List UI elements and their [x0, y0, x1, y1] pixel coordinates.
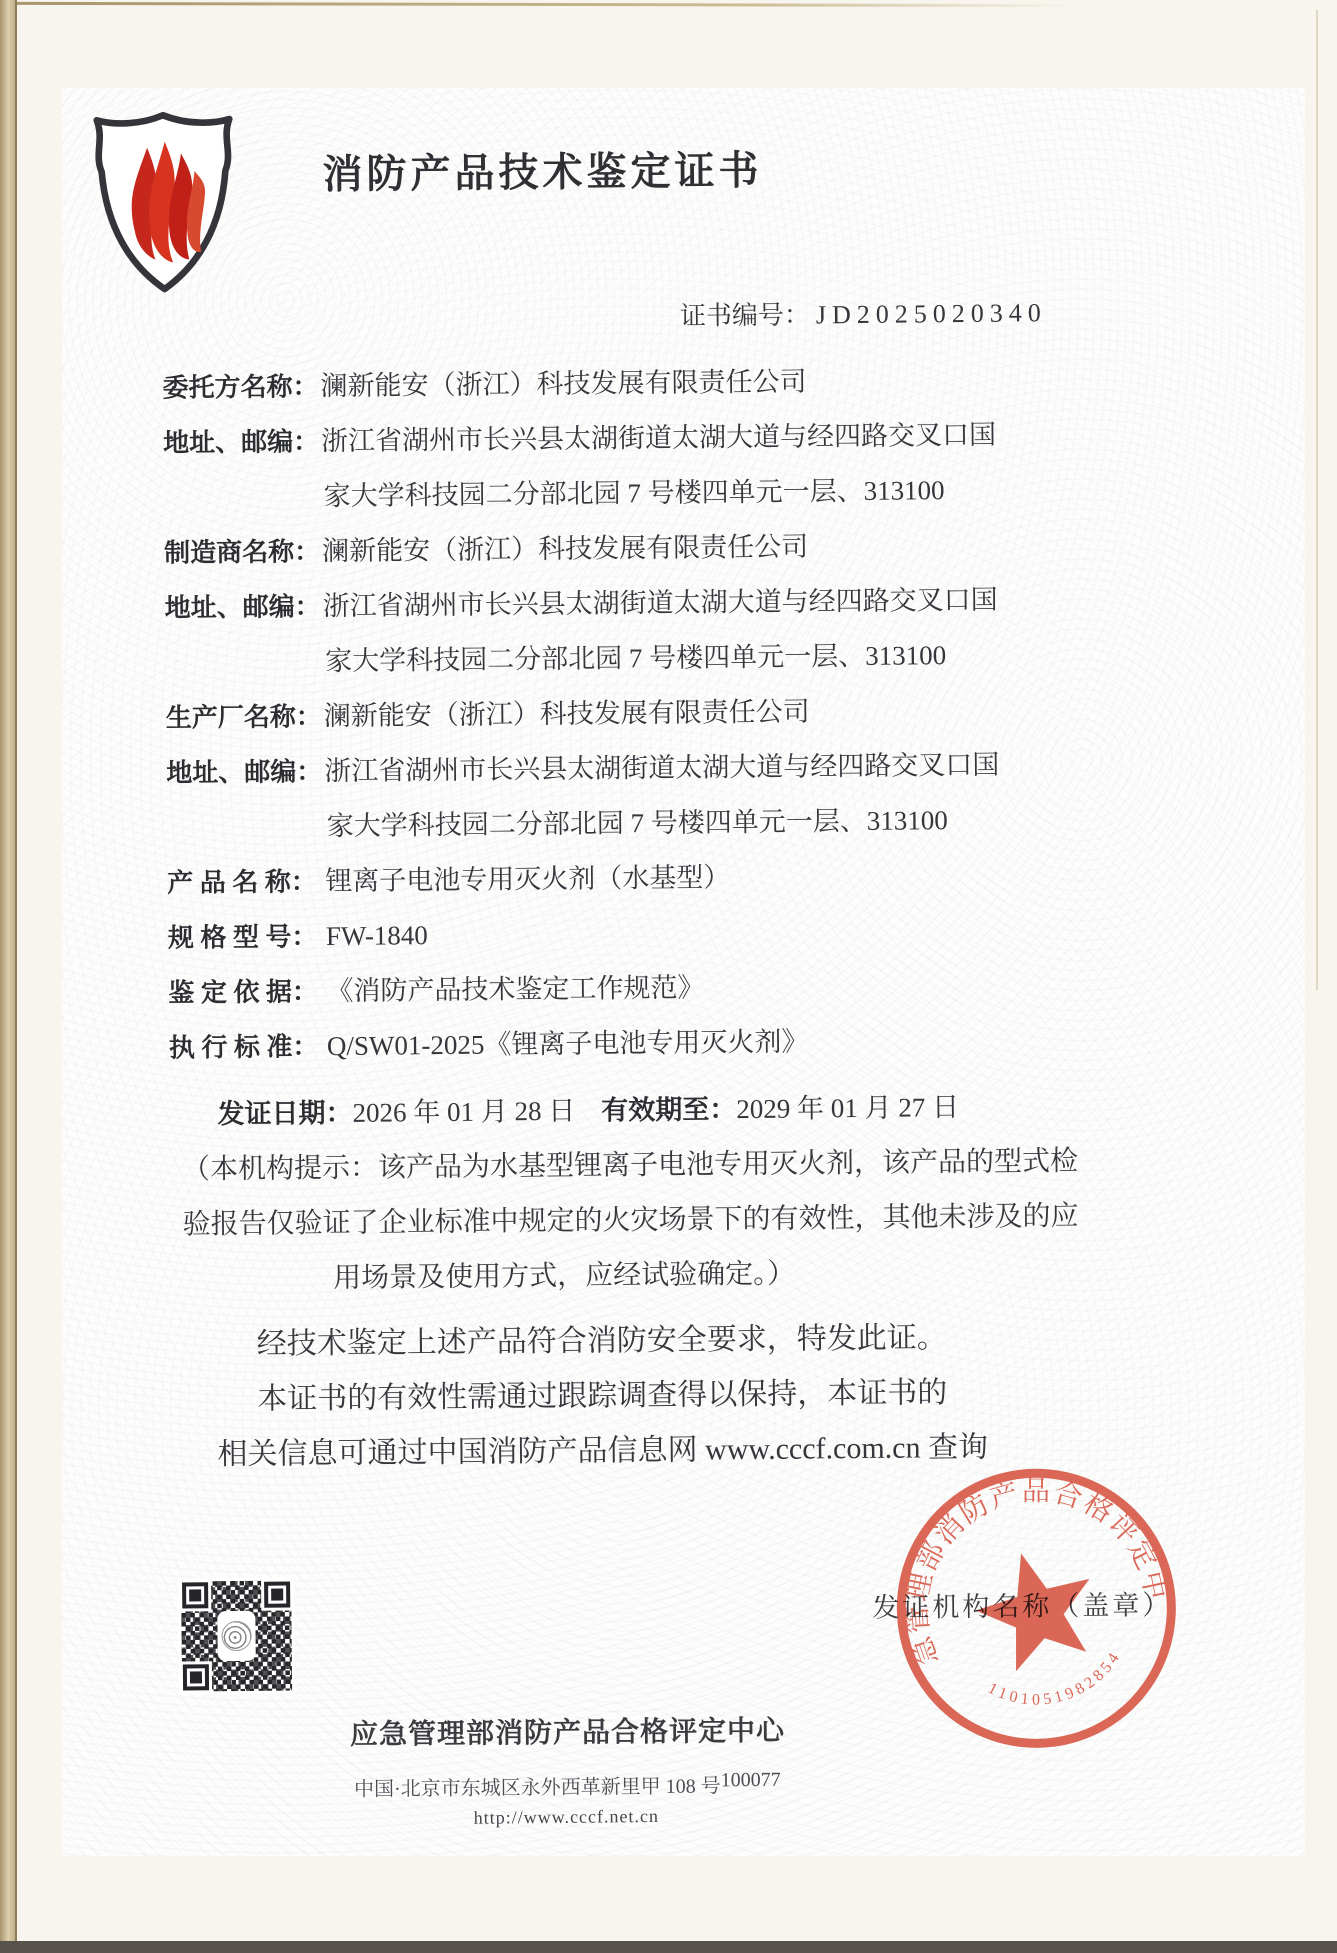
official-round-seal: 应急管理部消防产品合格评定中心 1101051982854 [885, 1457, 1188, 1760]
field-label: 地址、邮编： [166, 744, 325, 801]
dates-row: 发证日期： 2026 年 01 月 28 日 有效期至： 2029 年 01 月… [169, 1079, 1029, 1142]
scanned-certificate-page: 消防产品技术鉴定证书 证书编号：JD2025020340 委托方名称： 澜新能安… [0, 0, 1337, 1953]
field-value: Q/SW01-2025《锂离子电池专用灭火剂》 [327, 1014, 809, 1074]
qr-finder-top-left [182, 1582, 208, 1608]
notice-line: 用场景及使用方式，应经试验确定。） [171, 1244, 1031, 1307]
field-row: 生产厂名称： 澜新能安（浙江）科技发展有限责任公司 [165, 682, 1025, 745]
certificate-fields: 委托方名称： 澜新能安（浙江）科技发展有限责任公司 地址、邮编： 浙江省湖州市长… [162, 352, 1033, 1482]
scan-right-edge [1316, 10, 1318, 990]
certificate-title: 消防产品技术鉴定证书 [282, 139, 803, 201]
field-value: 家大学科技园二分部北园 7 号楼四单元一层、313100 [325, 628, 946, 689]
field-label: 地址、邮编： [163, 414, 322, 471]
notice-line: 验报告仅验证了企业标准中规定的火灾场景下的有效性，其他未涉及的应 [170, 1189, 1030, 1252]
field-label: 规 格 型 号： [168, 909, 327, 966]
scan-left-edge [0, 0, 17, 1953]
issuing-organization-name: 应急管理部消防产品合格评定中心 [247, 1708, 887, 1754]
field-label: 生产厂名称： [165, 689, 324, 746]
field-row: 地址、邮编： 浙江省湖州市长兴县太湖街道太湖大道与经四路交叉口国 [166, 737, 1026, 800]
valid-until-label: 有效期至： [601, 1082, 737, 1138]
field-value: 《消防产品技术鉴定工作规范》 [326, 960, 705, 1019]
field-label: 制造商名称： [164, 524, 323, 581]
field-row: 规 格 型 号： FW-1840 [168, 902, 1028, 965]
field-row: 产 品 名 称： 锂离子电池专用灭火剂（水基型） [167, 847, 1027, 910]
issue-date-value: 2026 年 01 月 28 日 [352, 1084, 575, 1141]
field-row: 地址、邮编： 浙江省湖州市长兴县太湖街道太湖大道与经四路交叉口国 [164, 572, 1024, 635]
field-value: 锂离子电池专用灭火剂（水基型） [325, 850, 731, 909]
field-value: 澜新能安（浙江）科技发展有限责任公司 [322, 519, 809, 579]
scan-bottom-edge [0, 1941, 1337, 1953]
qr-center-logo [217, 1611, 255, 1661]
notice-line: （本机构提示：该产品为水基型锂离子电池专用灭火剂，该产品的型式检 [170, 1134, 1030, 1197]
field-value: 浙江省湖州市长兴县太湖街道太湖大道与经四路交叉口国 [321, 408, 996, 469]
issuer-address: 中国·北京市东城区永外西革新里甲 108 号 [354, 1769, 721, 1802]
field-value: 澜新能安（浙江）科技发展有限责任公司 [323, 684, 810, 744]
field-value: FW-1840 [326, 908, 429, 964]
certificate-number: 证书编号：JD2025020340 [680, 292, 1047, 333]
certificate-content: 消防产品技术鉴定证书 证书编号：JD2025020340 委托方名称： 澜新能安… [0, 0, 1337, 1953]
seal-star-icon [964, 1538, 1108, 1678]
issuer-address-row: 中国·北京市东城区永外西革新里甲 108 号 100077 [354, 1769, 774, 1802]
field-row: 委托方名称： 澜新能安（浙江）科技发展有限责任公司 [162, 352, 1022, 415]
field-value: 澜新能安（浙江）科技发展有限责任公司 [320, 354, 807, 414]
field-value: 家大学科技园二分部北园 7 号楼四单元一层、313100 [323, 463, 944, 524]
field-label: 执 行 标 准： [169, 1019, 328, 1076]
field-value: 浙江省湖州市长兴县太湖街道太湖大道与经四路交叉口国 [324, 738, 999, 799]
field-row-continuation: 家大学科技园二分部北园 7 号楼四单元一层、313100 [165, 627, 1025, 690]
field-value: 家大学科技园二分部北园 7 号楼四单元一层、313100 [327, 793, 948, 854]
certificate-number-value: JD2025020340 [816, 298, 1047, 329]
fire-shield-logo [82, 104, 246, 301]
field-row: 执 行 标 准： Q/SW01-2025《锂离子电池专用灭火剂》 [169, 1012, 1029, 1075]
svg-text:1101051982854: 1101051982854 [982, 1644, 1133, 1724]
field-row-continuation: 家大学科技园二分部北园 7 号楼四单元一层、313100 [167, 792, 1027, 855]
field-row: 地址、邮编： 浙江省湖州市长兴县太湖街道太湖大道与经四路交叉口国 [163, 407, 1023, 470]
seal-serial-number: 1101051982854 [982, 1644, 1133, 1724]
valid-until-value: 2029 年 01 月 27 日 [736, 1080, 959, 1137]
field-label: 委托方名称： [162, 359, 321, 416]
field-row: 制造商名称： 澜新能安（浙江）科技发展有限责任公司 [164, 517, 1024, 580]
issuer-website: http://www.cccf.net.cn [416, 1805, 716, 1829]
field-value: 浙江省湖州市长兴县太湖街道太湖大道与经四路交叉口国 [322, 573, 997, 634]
field-row-continuation: 家大学科技园二分部北园 7 号楼四单元一层、313100 [163, 462, 1023, 525]
field-label: 产 品 名 称： [167, 854, 326, 911]
issuer-postcode: 100077 [721, 1769, 781, 1799]
issue-date-label: 发证日期： [217, 1086, 353, 1142]
field-label: 地址、邮编： [164, 579, 323, 636]
statement-line: 本证书的有效性需通过跟踪调查得以保持，本证书的 [172, 1364, 1032, 1427]
qr-finder-top-right [264, 1581, 290, 1607]
certificate-number-label: 证书编号： [680, 300, 810, 330]
field-row: 鉴 定 依 据： 《消防产品技术鉴定工作规范》 [168, 957, 1028, 1020]
flame-swirl-icon [221, 1621, 251, 1651]
verification-qr-code [178, 1577, 295, 1694]
field-label: 鉴 定 依 据： [168, 964, 327, 1021]
qr-finder-bottom-left [183, 1664, 209, 1690]
statement-line: 经技术鉴定上述产品符合消防安全要求，特发此证。 [172, 1309, 1032, 1372]
